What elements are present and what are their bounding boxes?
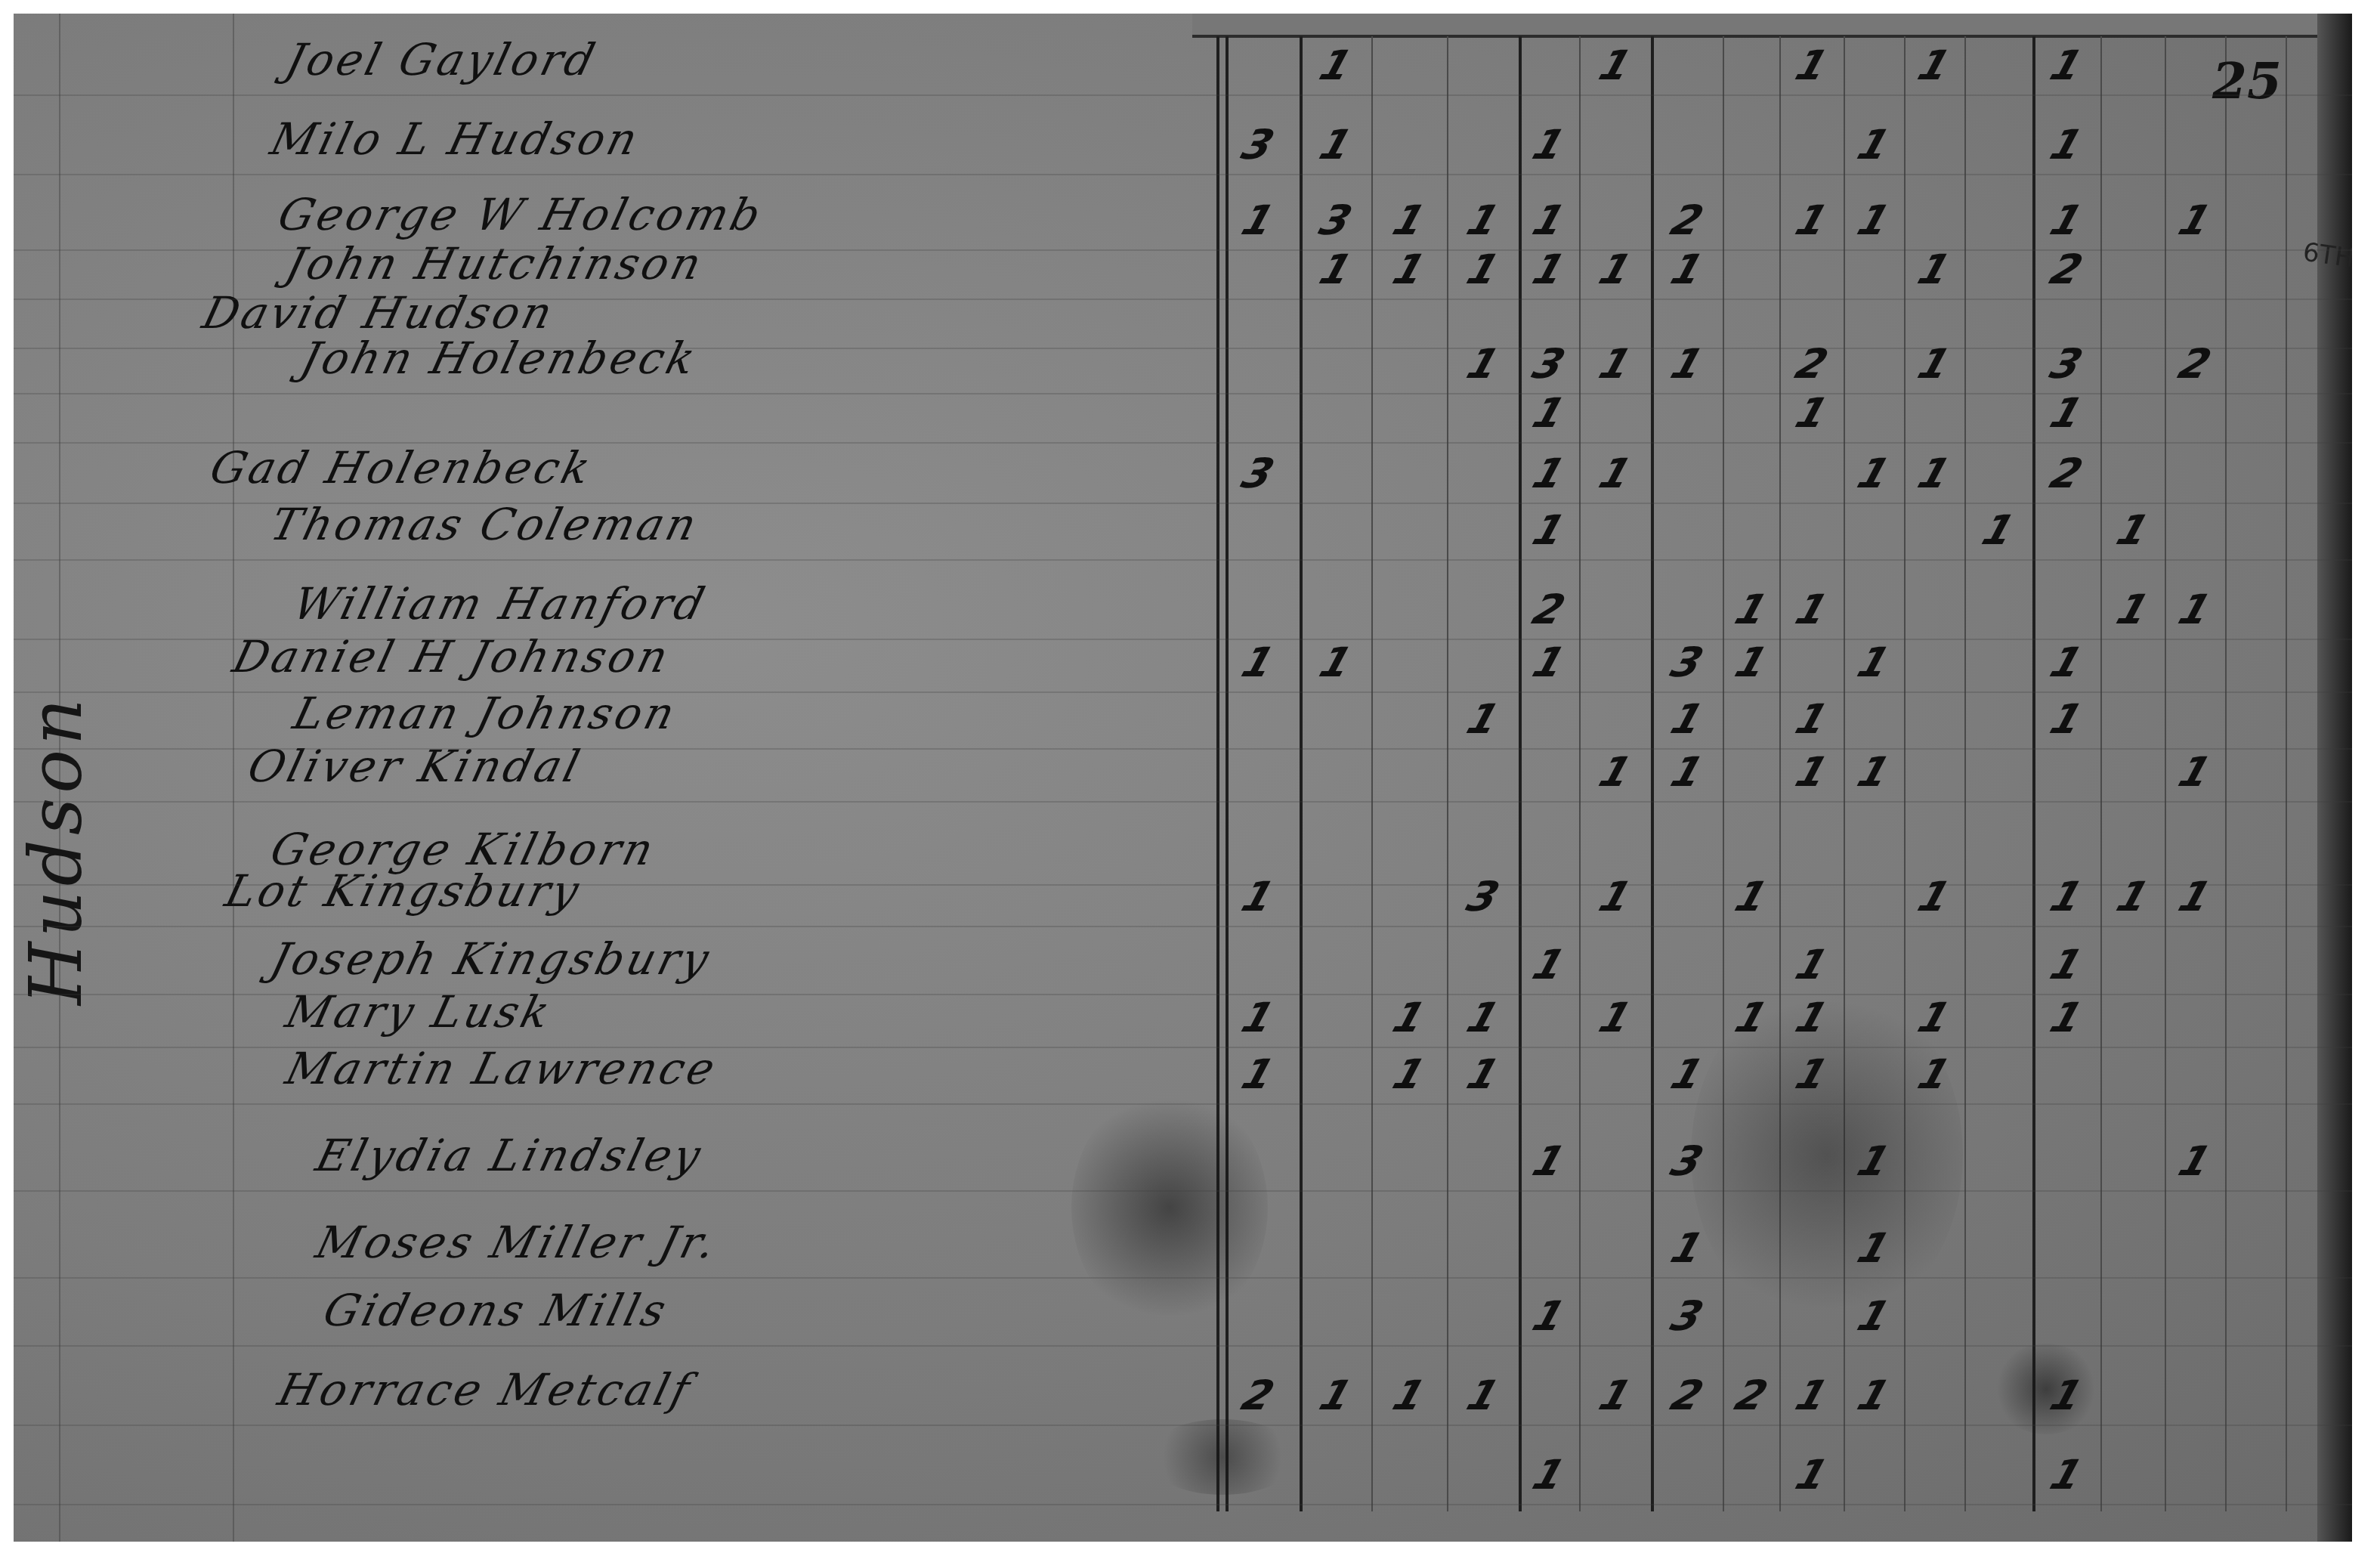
tally-cell-c10: 1 [1840, 196, 1908, 244]
tally-cell-c9: 1 [1777, 1451, 1845, 1499]
tally-cell-c5: 1 [1515, 941, 1583, 988]
tally-cell-c5: 1 [1515, 121, 1583, 169]
tally-cell-c14: 1 [2098, 873, 2166, 920]
tally-cell-c14: 1 [2098, 586, 2166, 633]
row-rule [14, 1504, 2352, 1505]
row-rule [14, 442, 2352, 444]
row-rule [14, 884, 2352, 886]
tally-cell-c8: 1 [1717, 639, 1785, 686]
column-rule [1651, 36, 1654, 1511]
tally-cell-c4: 1 [1448, 994, 1516, 1041]
tally-cell-c8: 1 [1717, 873, 1785, 920]
column-rule [1723, 36, 1724, 1511]
tally-cell-c10: 1 [1840, 639, 1908, 686]
tally-cell-c3: 1 [1375, 196, 1443, 244]
tally-cell-c6: 1 [1581, 873, 1649, 920]
tally-cell-c7: 1 [1652, 748, 1720, 796]
person-name: William Hanford [289, 578, 713, 630]
row-rule [14, 559, 2352, 561]
row-rule [14, 174, 2352, 175]
tally-cell-c6: 1 [1581, 994, 1649, 1041]
tally-cell-c13: 1 [2032, 873, 2100, 920]
tally-cell-c13: 1 [2032, 121, 2100, 169]
tally-cell-c7: 1 [1652, 1224, 1720, 1272]
row-rule [14, 1190, 2352, 1192]
tally-cell-c9: 1 [1777, 389, 1845, 437]
ledger-page: Hudson 25 6TH Joel GaylordMilo L HudsonG… [14, 14, 2352, 1542]
tally-cell-c5: 1 [1515, 506, 1583, 554]
tally-cell-c10: 1 [1840, 748, 1908, 796]
tally-cell-c7: 1 [1652, 695, 1720, 743]
tally-cell-c2: 1 [1301, 1372, 1369, 1419]
person-name: Elydia Lindsley [311, 1130, 709, 1181]
tally-cell-c8: 1 [1717, 586, 1785, 633]
row-rule [14, 94, 2352, 96]
tally-cell-c11: 1 [1900, 42, 1968, 89]
row-rule [14, 1345, 2352, 1347]
row-rule [14, 249, 2352, 251]
tally-cell-c6: 1 [1581, 450, 1649, 497]
tally-cell-c7: 3 [1652, 639, 1720, 686]
person-name: John Hutchinson [281, 238, 709, 289]
person-name: Thomas Coleman [266, 499, 705, 550]
tally-cell-c1: 1 [1224, 639, 1292, 686]
tally-cell-c13: 1 [2032, 994, 2100, 1041]
person-name: Moses Miller Jr. [311, 1217, 724, 1268]
person-name: Martin Lawrence [281, 1043, 723, 1094]
row-rule [14, 691, 2352, 693]
tally-cell-c13: 1 [2032, 1451, 2100, 1499]
tally-cell-c2: 1 [1301, 121, 1369, 169]
tally-cell-c6: 1 [1581, 42, 1649, 89]
row-rule [14, 994, 2352, 995]
column-rule [1964, 36, 1966, 1511]
column-rule [1447, 36, 1448, 1511]
tally-cell-c9: 1 [1777, 695, 1845, 743]
tally-cell-c13: 1 [2032, 639, 2100, 686]
ink-stain [1071, 1087, 1268, 1329]
tally-cell-c11: 1 [1900, 994, 1968, 1041]
row-rule [14, 393, 2352, 394]
tally-cell-c13: 1 [2032, 42, 2100, 89]
person-name: Joel Gaylord [281, 34, 603, 85]
tally-cell-c12: 1 [1964, 506, 2032, 554]
tally-cell-c1: 1 [1224, 196, 1292, 244]
tally-cell-c5: 1 [1515, 1451, 1583, 1499]
tally-cell-c9: 1 [1777, 196, 1845, 244]
person-name: John Holenbeck [296, 333, 703, 384]
side-annotation: 6TH [2301, 237, 2352, 274]
tally-cell-c7: 3 [1652, 1292, 1720, 1340]
tally-cell-c1: 3 [1224, 121, 1292, 169]
tally-cell-c9: 1 [1777, 748, 1845, 796]
tally-cell-c5: 1 [1515, 1137, 1583, 1185]
column-rule [1519, 36, 1522, 1511]
column-rule [2100, 36, 2102, 1511]
tally-cell-c10: 1 [1840, 450, 1908, 497]
name-column: Joel GaylordMilo L HudsonGeorge W Holcom… [14, 14, 996, 1542]
tally-cell-c2: 3 [1301, 196, 1369, 244]
person-name: George W Holcomb [274, 189, 769, 240]
tally-cell-c3: 1 [1375, 246, 1443, 293]
row-rule [14, 1425, 2352, 1426]
row-rule [14, 503, 2352, 504]
tally-cell-c5: 1 [1515, 246, 1583, 293]
tally-cell-c7: 2 [1652, 1372, 1720, 1419]
column-rule [1300, 36, 1303, 1511]
tally-cell-c13: 2 [2032, 246, 2100, 293]
tally-cell-c4: 1 [1448, 246, 1516, 293]
tally-cell-c1: 1 [1224, 994, 1292, 1041]
tally-cell-c9: 1 [1777, 586, 1845, 633]
tally-cell-c1: 1 [1224, 1050, 1292, 1098]
tally-cell-c7: 1 [1652, 246, 1720, 293]
tally-cell-c10: 1 [1840, 1372, 1908, 1419]
tally-cell-c3: 1 [1375, 1372, 1443, 1419]
person-name: Joseph Kingsbury [266, 933, 717, 985]
row-rule [14, 1103, 2352, 1105]
tally-cell-c14: 1 [2098, 506, 2166, 554]
tally-cell-c7: 2 [1652, 196, 1720, 244]
tally-cell-c11: 1 [1900, 246, 1968, 293]
row-rule [14, 639, 2352, 640]
tally-cell-c5: 1 [1515, 389, 1583, 437]
row-rule [14, 801, 2352, 803]
tally-cell-c13: 1 [2032, 196, 2100, 244]
corner-page-number: 25 [2212, 51, 2282, 110]
tally-cell-c4: 1 [1448, 1372, 1516, 1419]
tally-cell-c13: 1 [2032, 389, 2100, 437]
tally-cell-c15: 1 [2161, 748, 2229, 796]
tally-cell-c13: 1 [2032, 695, 2100, 743]
tally-cell-c4: 1 [1448, 695, 1516, 743]
tally-cell-c9: 1 [1777, 42, 1845, 89]
column-rule [2286, 36, 2287, 1511]
tally-cell-c6: 1 [1581, 246, 1649, 293]
tally-cell-c5: 2 [1515, 586, 1583, 633]
column-rule [1579, 36, 1581, 1511]
person-name: Leman Johnson [289, 688, 683, 739]
tally-cell-c15: 1 [2161, 1137, 2229, 1185]
tally-cell-c1: 2 [1224, 1372, 1292, 1419]
column-rule [2225, 36, 2227, 1511]
person-name: David Hudson [198, 287, 561, 339]
column-rule [2165, 36, 2166, 1511]
tally-cell-c2: 1 [1301, 246, 1369, 293]
tally-cell-c2: 1 [1301, 42, 1369, 89]
person-name: Lot Kingsbury [221, 865, 587, 917]
tally-cell-c5: 1 [1515, 450, 1583, 497]
row-rule [14, 748, 2352, 750]
tally-cell-c11: 1 [1900, 450, 1968, 497]
tally-cell-c8: 2 [1717, 1372, 1785, 1419]
tally-cell-c9: 1 [1777, 1372, 1845, 1419]
tally-cell-c3: 1 [1375, 1050, 1443, 1098]
tally-cell-c4: 3 [1448, 873, 1516, 920]
column-rule [1371, 36, 1373, 1511]
tally-cell-c10: 1 [1840, 121, 1908, 169]
tally-cell-c4: 1 [1448, 1050, 1516, 1098]
tally-cell-c5: 1 [1515, 196, 1583, 244]
column-rule [2032, 36, 2035, 1511]
row-rule [14, 348, 2352, 349]
tally-cell-c15: 1 [2161, 196, 2229, 244]
tally-cell-c1: 1 [1224, 873, 1292, 920]
tally-cell-c6: 1 [1581, 1372, 1649, 1419]
tally-cell-c15: 1 [2161, 586, 2229, 633]
tally-cell-c5: 1 [1515, 639, 1583, 686]
tally-cell-c15: 1 [2161, 873, 2229, 920]
person-name: Milo L Hudson [266, 113, 646, 165]
top-ruled-strip [1192, 14, 2317, 38]
tally-cell-c6: 1 [1581, 748, 1649, 796]
tally-cell-c4: 1 [1448, 196, 1516, 244]
row-rule [14, 299, 2352, 300]
tally-cell-c3: 1 [1375, 994, 1443, 1041]
person-name: Gad Holenbeck [206, 442, 598, 493]
tally-cell-c11: 1 [1900, 873, 1968, 920]
row-rule [14, 926, 2352, 927]
tally-cell-c13: 2 [2032, 450, 2100, 497]
person-name: Gideons Mills [319, 1285, 675, 1336]
tally-cell-c13: 1 [2032, 941, 2100, 988]
tally-cell-c1: 3 [1224, 450, 1292, 497]
person-name: Horrace Metcalf [274, 1364, 698, 1415]
ink-stain [1147, 1419, 1298, 1495]
tally-cell-c5: 1 [1515, 1292, 1583, 1340]
row-rule [14, 1277, 2352, 1279]
row-rule [14, 1047, 2352, 1048]
tally-cell-c2: 1 [1301, 639, 1369, 686]
